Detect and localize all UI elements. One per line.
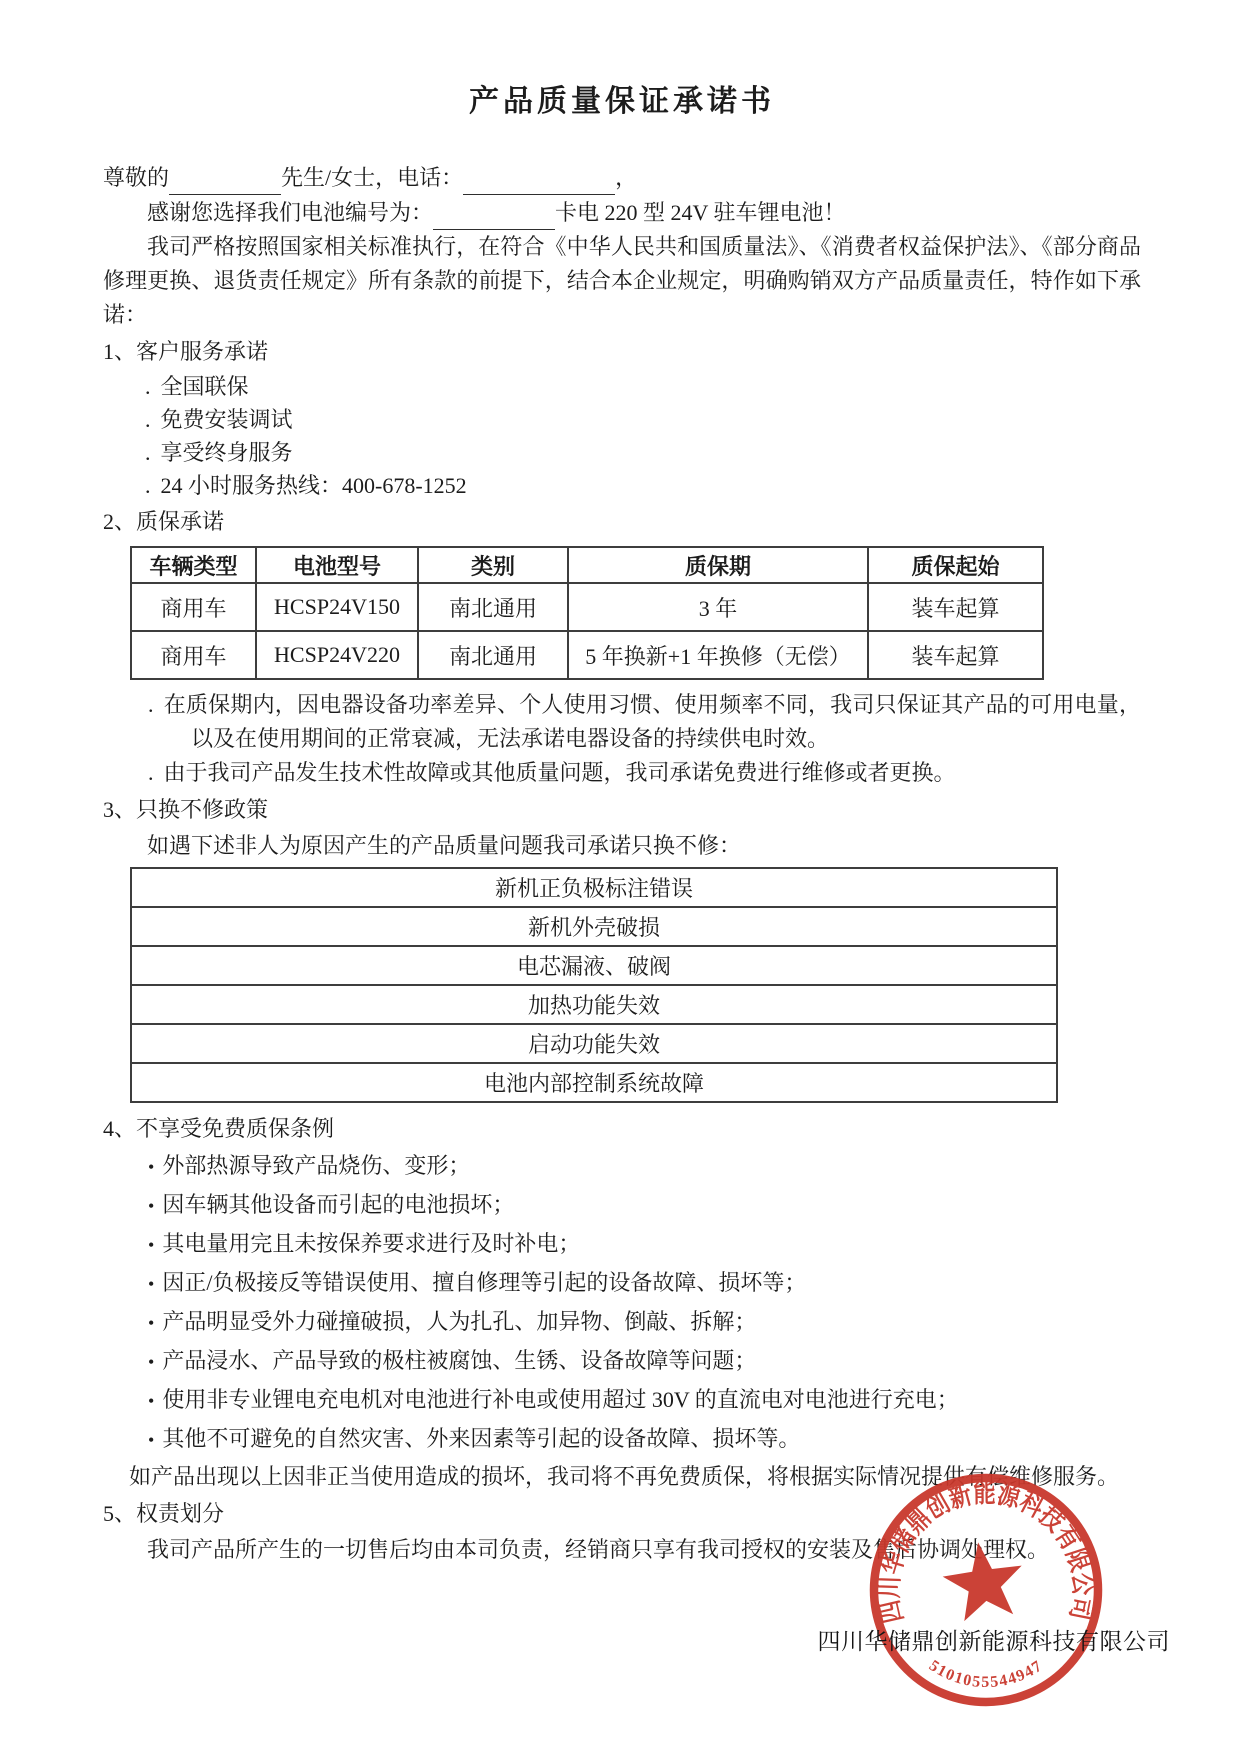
bullet-icon: • bbox=[148, 1274, 154, 1294]
bullet-icon: • bbox=[148, 1157, 154, 1177]
item-dot: . bbox=[145, 407, 151, 432]
service-item-label: 全国联保 bbox=[161, 374, 249, 399]
section-3-heading: 3、只换不修政策 bbox=[103, 792, 1141, 828]
warranty-table: 车辆类型 电池型号 类别 质保期 质保起始 商用车 HCSP24V150 南北通… bbox=[130, 546, 1044, 680]
bullet-icon: • bbox=[148, 1313, 154, 1333]
warranty-note: .在质保期内，因电器设备功率差异、个人使用习惯、使用频率不同，我司只保证其产品的… bbox=[103, 688, 1141, 756]
table-cell: 装车起算 bbox=[868, 631, 1043, 679]
company-seal-icon: 四川华储鼎创新能源科技有限公司 5101055544947 bbox=[856, 1460, 1116, 1720]
greeting-prefix: 尊敬的 bbox=[103, 165, 169, 190]
item-dot: . bbox=[145, 440, 151, 465]
table-cell: 5 年换新+1 年换修（无偿） bbox=[568, 631, 868, 679]
table-row: 商用车 HCSP24V220 南北通用 5 年换新+1 年换修（无偿） 装车起算 bbox=[131, 631, 1043, 679]
exclusion-text: 因车辆其他设备而引起的电池损坏； bbox=[162, 1192, 514, 1217]
item-dot: . bbox=[148, 692, 154, 717]
service-item-label: 免费安装调试 bbox=[161, 407, 293, 432]
company-name: 四川华储鼎创新能源科技有限公司 bbox=[700, 1623, 1170, 1656]
warranty-table-header-row: 车辆类型 电池型号 类别 质保期 质保起始 bbox=[131, 547, 1043, 583]
item-dot: . bbox=[145, 374, 151, 399]
table-row: 电池内部控制系统故障 bbox=[131, 1063, 1057, 1102]
replace-only-table: 新机正负极标注错误 新机外壳破损 电芯漏液、破阀 加热功能失效 启动功能失效 电… bbox=[130, 867, 1058, 1103]
table-cell: HCSP24V150 bbox=[256, 583, 418, 631]
table-row: 商用车 HCSP24V150 南北通用 3 年 装车起算 bbox=[131, 583, 1043, 631]
seal-serial-number: 5101055544947 bbox=[926, 1657, 1046, 1691]
greeting-middle: 先生/女士，电话： bbox=[281, 165, 463, 190]
exclusion-text: 其电量用完且未按保养要求进行及时补电； bbox=[162, 1231, 580, 1256]
blank-battery-serial-field bbox=[433, 207, 555, 230]
bullet-icon: • bbox=[148, 1235, 154, 1255]
exclusion-item: •产品明显受外力碰撞破损，人为扎孔、加异物、倒敲、拆解； bbox=[103, 1303, 1141, 1342]
policy-paragraph: 我司严格按照国家相关标准执行，在符合《中华人民共和国质量法》、《消费者权益保护法… bbox=[103, 230, 1141, 332]
service-item: .全国联保 bbox=[145, 370, 1141, 403]
item-dot: . bbox=[145, 473, 151, 498]
service-item-label: 享受终身服务 bbox=[161, 440, 293, 465]
document-page: 产品质量保证承诺书 尊敬的先生/女士，电话：， 感谢您选择我们电池编号为：卡电 … bbox=[0, 0, 1241, 1754]
table-row: 加热功能失效 bbox=[131, 985, 1057, 1024]
bullet-icon: • bbox=[148, 1391, 154, 1411]
exclusion-item: •其电量用完且未按保养要求进行及时补电； bbox=[103, 1225, 1141, 1264]
table-cell: 电池内部控制系统故障 bbox=[131, 1063, 1057, 1102]
service-item-label: 24 小时服务热线：400-678-1252 bbox=[161, 473, 467, 498]
exclusion-item: •使用非专业锂电充电机对电池进行补电或使用超过 30V 的直流电对电池进行充电； bbox=[103, 1381, 1141, 1420]
service-item: .24 小时服务热线：400-678-1252 bbox=[145, 469, 1141, 502]
thanks-prefix: 感谢您选择我们电池编号为： bbox=[147, 200, 433, 225]
signature-area: 四川华储鼎创新能源科技有限公司 5101055544947 四川华储鼎创新能源科… bbox=[0, 1440, 1241, 1754]
exclusion-item: •因车辆其他设备而引起的电池损坏； bbox=[103, 1186, 1141, 1225]
service-item: .免费安装调试 bbox=[145, 403, 1141, 436]
table-cell: 南北通用 bbox=[418, 631, 568, 679]
table-row: 电芯漏液、破阀 bbox=[131, 946, 1057, 985]
table-row: 新机正负极标注错误 bbox=[131, 868, 1057, 907]
exclusion-text: 产品浸水、产品导致的极柱被腐蚀、生锈、设备故障等问题； bbox=[162, 1348, 756, 1373]
column-header: 质保期 bbox=[568, 547, 868, 583]
warranty-note-text: 在质保期内，因电器设备功率差异、个人使用习惯、使用频率不同，我司只保证其产品的可… bbox=[164, 692, 1142, 751]
document-content: 产品质量保证承诺书 尊敬的先生/女士，电话：， 感谢您选择我们电池编号为：卡电 … bbox=[0, 0, 1241, 1567]
section-3-intro: 如遇下述非人为原因产生的产品质量问题我司承诺只换不修： bbox=[103, 828, 1141, 863]
bullet-icon: • bbox=[148, 1196, 154, 1216]
table-row: 新机外壳破损 bbox=[131, 907, 1057, 946]
table-cell: 新机正负极标注错误 bbox=[131, 868, 1057, 907]
table-cell: 商用车 bbox=[131, 631, 256, 679]
service-item: .享受终身服务 bbox=[145, 436, 1141, 469]
section-4-heading: 4、不享受免费质保条例 bbox=[103, 1111, 1141, 1147]
blank-phone-field bbox=[463, 172, 615, 195]
exclusion-text: 外部热源导致产品烧伤、变形； bbox=[162, 1153, 470, 1178]
exclusion-text: 因正/负极接反等错误使用、擅自修理等引起的设备故障、损坏等； bbox=[162, 1270, 806, 1295]
section-1-heading: 1、客户服务承诺 bbox=[103, 334, 1141, 370]
item-dot: . bbox=[148, 760, 154, 785]
column-header: 类别 bbox=[418, 547, 568, 583]
table-cell: 电芯漏液、破阀 bbox=[131, 946, 1057, 985]
table-cell: 3 年 bbox=[568, 583, 868, 631]
exclusion-text: 使用非专业锂电充电机对电池进行补电或使用超过 30V 的直流电对电池进行充电； bbox=[162, 1387, 959, 1412]
exclusion-item: •因正/负极接反等错误使用、擅自修理等引起的设备故障、损坏等； bbox=[103, 1264, 1141, 1303]
column-header: 电池型号 bbox=[256, 547, 418, 583]
seal-star-icon bbox=[939, 1537, 1029, 1623]
table-cell: 加热功能失效 bbox=[131, 985, 1057, 1024]
table-cell: HCSP24V220 bbox=[256, 631, 418, 679]
bullet-icon: • bbox=[148, 1352, 154, 1372]
thanks-suffix: 卡电 220 型 24V 驻车锂电池！ bbox=[555, 200, 846, 225]
section-2-heading: 2、质保承诺 bbox=[103, 504, 1141, 540]
greeting-suffix: ， bbox=[615, 165, 637, 190]
blank-name-field bbox=[169, 172, 281, 195]
seal-ring-text: 四川华储鼎创新能源科技有限公司 bbox=[874, 1477, 1099, 1626]
page-title: 产品质量保证承诺书 bbox=[103, 84, 1141, 120]
exclusion-item: •外部热源导致产品烧伤、变形； bbox=[103, 1147, 1141, 1186]
table-cell: 商用车 bbox=[131, 583, 256, 631]
table-row: 启动功能失效 bbox=[131, 1024, 1057, 1063]
table-cell: 启动功能失效 bbox=[131, 1024, 1057, 1063]
thanks-line: 感谢您选择我们电池编号为：卡电 220 型 24V 驻车锂电池！ bbox=[103, 195, 1141, 230]
table-cell: 南北通用 bbox=[418, 583, 568, 631]
table-cell: 装车起算 bbox=[868, 583, 1043, 631]
column-header: 质保起始 bbox=[868, 547, 1043, 583]
column-header: 车辆类型 bbox=[131, 547, 256, 583]
exclusion-item: •产品浸水、产品导致的极柱被腐蚀、生锈、设备故障等问题； bbox=[103, 1342, 1141, 1381]
exclusion-text: 产品明显受外力碰撞破损，人为扎孔、加异物、倒敲、拆解； bbox=[162, 1309, 756, 1334]
table-cell: 新机外壳破损 bbox=[131, 907, 1057, 946]
greeting-line: 尊敬的先生/女士，电话：， bbox=[103, 160, 1141, 195]
warranty-note-text: 由于我司产品发生技术性故障或其他质量问题，我司承诺免费进行维修或者更换。 bbox=[164, 760, 956, 785]
warranty-note: .由于我司产品发生技术性故障或其他质量问题，我司承诺免费进行维修或者更换。 bbox=[103, 756, 1141, 790]
